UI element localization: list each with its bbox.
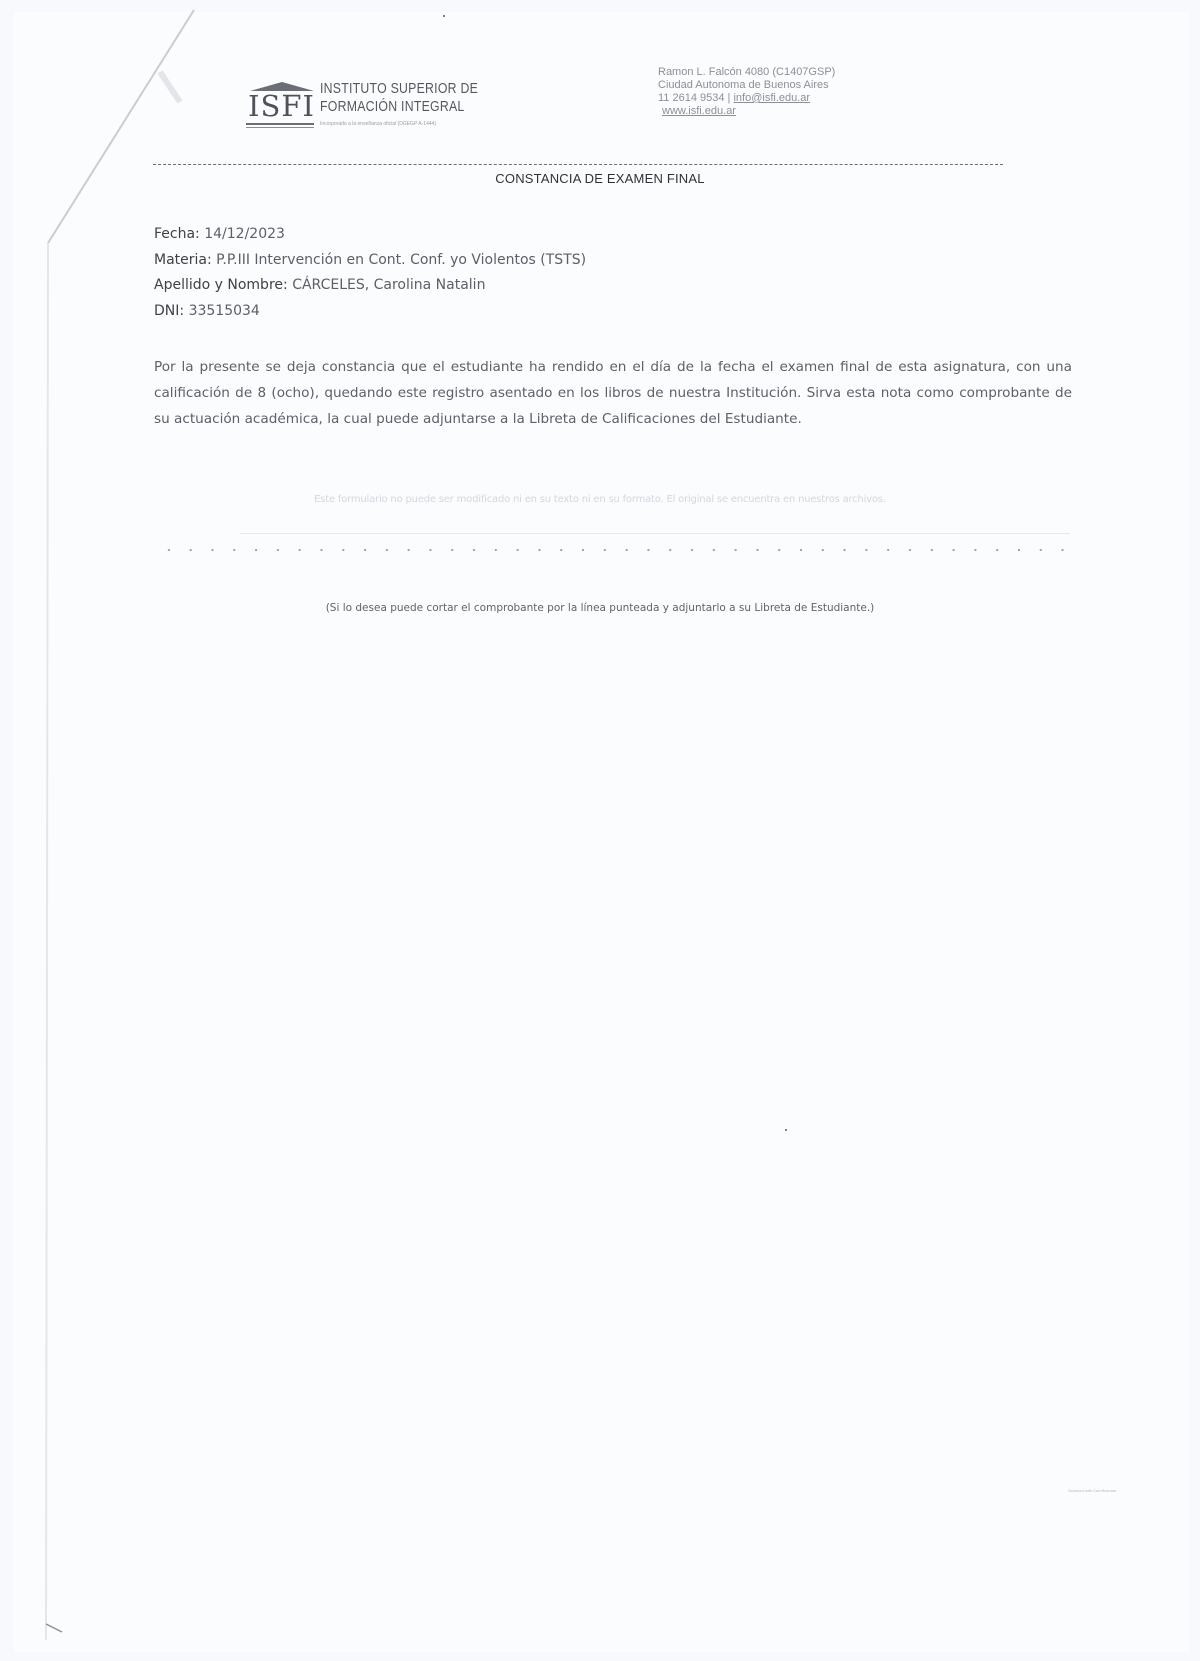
cut-instructions: (Si lo desea puede cortar el comprobante…: [0, 602, 1200, 614]
exam-fields: Fecha: 14/12/2023 Materia: P.P.III Inter…: [154, 222, 586, 324]
certificate-body: Por la presente se deja constancia que e…: [154, 354, 1072, 432]
institution-logo: ISFI INSTITUTO SUPERIOR DE FORMACIÓN INT…: [246, 78, 476, 134]
header-divider: [153, 164, 1003, 165]
contact-phone: 11 2614 9534: [658, 92, 724, 104]
institution-subtitle: Incorporado a la enseñanza oficial (DGEG…: [320, 121, 436, 127]
contact-address: Ramon L. Falcón 4080 (C1407GSP): [658, 66, 835, 79]
dotted-cut-line: [158, 548, 1078, 552]
field-fecha: Fecha: 14/12/2023: [154, 222, 586, 248]
contact-info: Ramon L. Falcón 4080 (C1407GSP) Ciudad A…: [658, 66, 835, 118]
logo-letters: ISFI: [248, 91, 315, 121]
contact-city: Ciudad Autonoma de Buenos Aires: [658, 79, 835, 92]
field-materia: Materia: P.P.III Intervención en Cont. C…: [154, 248, 586, 274]
field-dni: DNI: 33515034: [154, 299, 586, 325]
contact-email-link[interactable]: info@isfi.edu.ar: [733, 92, 810, 104]
institution-name: INSTITUTO SUPERIOR DE FORMACIÓN INTEGRAL: [320, 80, 478, 116]
disclaimer-text: Este formulario no puede ser modificado …: [0, 494, 1200, 505]
scanner-watermark: Scanned with CamScanner: [1068, 1488, 1116, 1493]
logo-building-icon: ISFI: [246, 78, 316, 134]
contact-website-link[interactable]: www.isfi.edu.ar: [662, 105, 835, 118]
disclaimer-divider: [240, 533, 1070, 534]
document-title: CONSTANCIA DE EXAMEN FINAL: [0, 171, 1200, 186]
contact-phone-email: 11 2614 9534 | info@isfi.edu.ar: [658, 92, 835, 105]
field-nombre: Apellido y Nombre: CÁRCELES, Carolina Na…: [154, 273, 586, 299]
